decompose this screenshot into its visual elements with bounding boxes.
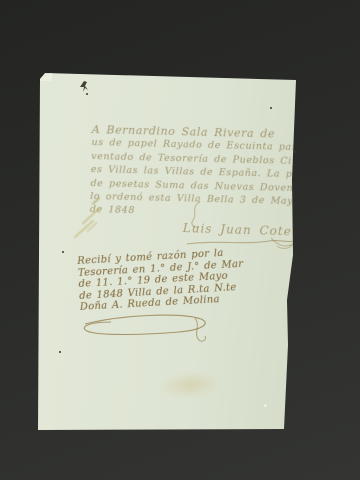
letter-body: A Bernardino Sala Rivera de us de papel … [90, 123, 343, 223]
ink-speck [270, 107, 272, 109]
ink-speck [59, 351, 61, 353]
paper-sheet: A Bernardino Sala Rivera de us de papel … [0, 0, 360, 480]
paper-fleck [264, 404, 267, 407]
docket-rubric [75, 310, 213, 346]
ink-smear-streaks [78, 196, 106, 246]
background-speck [294, 151, 296, 153]
docket-note: Recibí y tomé razón por la Tesorería en … [77, 247, 246, 314]
manuscript-photo: A Bernardino Sala Rivera de us de papel … [0, 0, 360, 480]
ink-speck [86, 93, 88, 95]
ink-speck [62, 251, 64, 253]
paper-shading [0, 0, 360, 480]
